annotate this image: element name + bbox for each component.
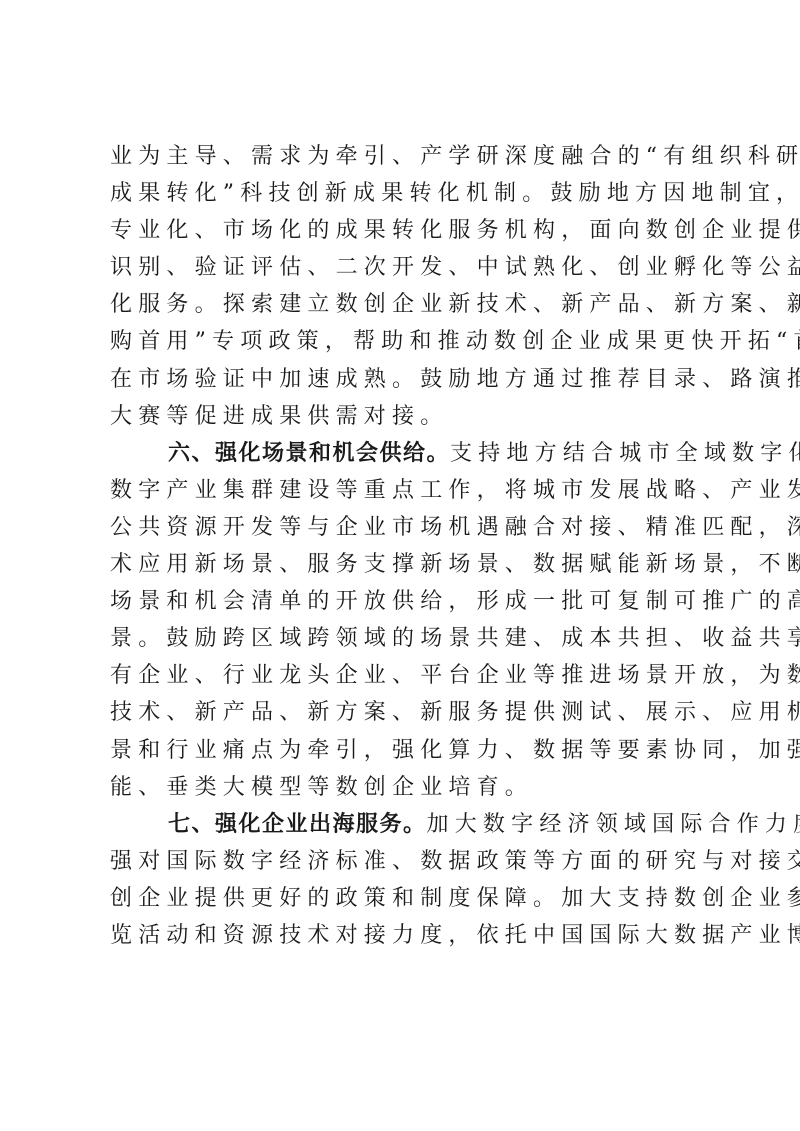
document-page: 业为主导、需求为牵引、产学研深度融合的“有组织科研+有组织 成果转化”科技创新成… <box>110 138 694 954</box>
text-line: 业为主导、需求为牵引、产学研深度融合的“有组织科研+有组织 <box>110 138 694 175</box>
text-line: 创企业提供更好的政策和制度保障。加大支持数创企业参加国际展 <box>110 880 694 917</box>
text-line: 购首用”专项政策，帮助和推动数创企业成果更快开拓“首市场”， <box>110 323 694 360</box>
text-line: 技术、新产品、新方案、新服务提供测试、展示、应用机会。以场 <box>110 694 694 731</box>
text-run: 加大数字经济领域国际合作力度，加 <box>427 812 800 837</box>
text-line: 有企业、行业龙头企业、平台企业等推进场景开放，为数创企业新 <box>110 657 694 694</box>
paragraph-section-6: 六、强化场景和机会供给。支持地方结合城市全域数字化转型、 数字产业集群建设等重点… <box>110 435 694 806</box>
paragraph-section-7: 七、强化企业出海服务。加大数字经济领域国际合作力度，加 强对国际数字经济标准、数… <box>110 806 694 954</box>
text-line: 识别、验证评估、二次开发、中试熟化、创业孵化等公益性成果转 <box>110 249 694 286</box>
text-line: 专业化、市场化的成果转化服务机构，面向数创企业提供项目遴选 <box>110 212 694 249</box>
text-run: 支持地方结合城市全域数字化转型、 <box>450 441 800 466</box>
text-line: 术应用新场景、服务支撑新场景、数据赋能新场景，不断加大应用 <box>110 546 694 583</box>
text-line: 览活动和资源技术对接力度，依托中国国际大数据产业博览会、上 <box>110 917 694 954</box>
text-line: 能、垂类大模型等数创企业培育。 <box>110 769 694 806</box>
text-line: 化服务。探索建立数创企业新技术、新产品、新方案、新服务“首 <box>110 286 694 323</box>
text-line: 景和行业痛点为牵引，强化算力、数据等要素协同，加强对人工智 <box>110 732 694 769</box>
text-line: 场景和机会清单的开放供给，形成一批可复制可推广的高质量场 <box>110 583 694 620</box>
text-line-first: 六、强化场景和机会供给。支持地方结合城市全域数字化转型、 <box>110 435 694 472</box>
text-line: 公共资源开发等与企业市场机遇融合对接、精准匹配，深入挖掘技 <box>110 509 694 546</box>
paragraph-continuation: 业为主导、需求为牵引、产学研深度融合的“有组织科研+有组织 成果转化”科技创新成… <box>110 138 694 435</box>
section-heading: 六、强化场景和机会供给。 <box>168 441 450 466</box>
text-line: 大赛等促进成果供需对接。 <box>110 398 694 435</box>
text-line: 成果转化”科技创新成果转化机制。鼓励地方因地制宜，建设一批 <box>110 175 694 212</box>
section-heading: 七、强化企业出海服务。 <box>168 812 427 837</box>
text-line: 景。鼓励跨区域跨领域的场景共建、成本共担、收益共享。引导国 <box>110 620 694 657</box>
text-line: 在市场验证中加速成熟。鼓励地方通过推荐目录、路演推介、应用 <box>110 361 694 398</box>
text-line: 强对国际数字经济标准、数据政策等方面的研究与对接交流，为数 <box>110 843 694 880</box>
text-line-first: 七、强化企业出海服务。加大数字经济领域国际合作力度，加 <box>110 806 694 843</box>
text-line: 数字产业集群建设等重点工作，将城市发展战略、产业发展布局、 <box>110 472 694 509</box>
